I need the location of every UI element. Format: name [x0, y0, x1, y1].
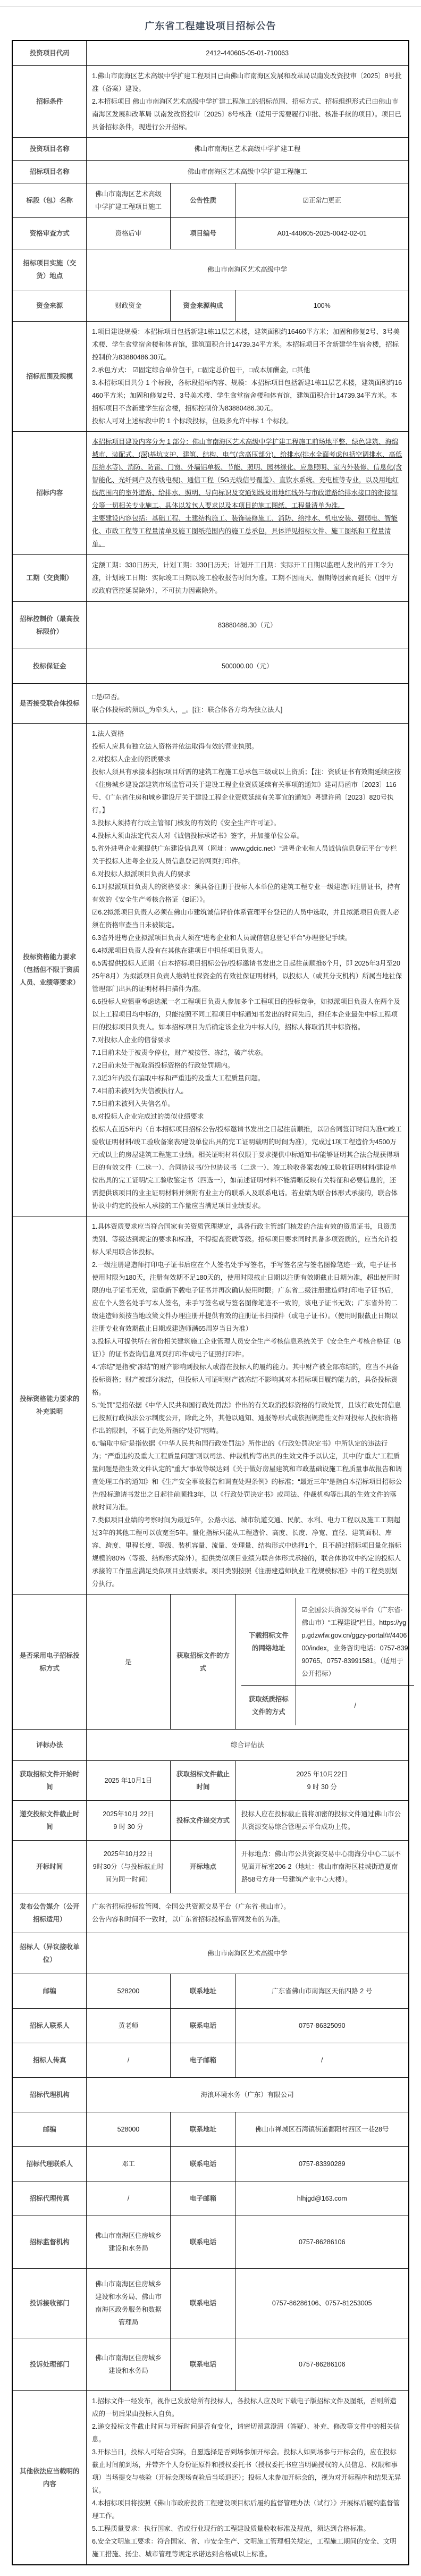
agency-phone-value: 0757-83390289 — [235, 2147, 408, 2181]
tenderer-contact-label: 招标人联系人 — [12, 2009, 86, 2043]
tender-project-name-label: 招标项目名称 — [12, 161, 86, 183]
fund-composition-value: 100% — [235, 290, 408, 322]
table-row: 招标代理联系人 邓工 联系电话 0757-83390289 — [12, 2147, 408, 2181]
table-row: 下载招标文件的网络地址 ☑全国公共资源交易平台（广东省·佛山市）“工程建设”栏目… — [241, 1598, 414, 1686]
qualification-review-value: 资格后审 — [86, 218, 170, 249]
table-row: 邮编 528000 联系地址 佛山市禅城区石湾镇街道鄱阳村西区一巷28号 — [12, 2112, 408, 2147]
agency-email-label: 电子邮箱 — [170, 2181, 235, 2216]
submission-deadline-label: 递交投标文件截止时间 — [12, 1801, 86, 1841]
section-name-label: 标段（包）名称 — [12, 183, 86, 218]
control-price-label: 招标控制价（最高投标限价） — [12, 602, 86, 649]
table-row: 投资项目代码 2412-440605-05-01-710063 — [12, 40, 408, 66]
documents-start-time-value: 2025 年10月1日 — [86, 1761, 170, 1801]
table-row: 招标范围及规模 1.项目建设规模：本招标项目包括新建1栋11层艺术楼，建筑面积约… — [12, 322, 408, 432]
tenderer-contact-value: 黄老师 — [86, 2009, 170, 2043]
submission-method-value: 投标人应在投标截止前将加密的投标文件通过佛山市公共资源交易综合管理云平台成功上传… — [235, 1801, 408, 1841]
complaint-handling-phone-label: 联系电话 — [170, 2338, 235, 2391]
electronic-bidding-value: 是 — [86, 1595, 170, 1730]
complaint-handling-phone-value: 0757-86286106 — [235, 2338, 408, 2391]
notice-nature-label: 公告性质 — [170, 183, 235, 218]
submission-deadline-value: 2025年10月 22日9 时 30 分 — [86, 1801, 170, 1841]
tenderer-zip-value: 528200 — [86, 1974, 170, 2009]
other-content-label: 其他依法应当载明的内容 — [12, 2391, 86, 2565]
table-row: 评标办法 综合评估法 — [12, 1730, 408, 1761]
table-row: 资金来源 财政资金 资金来源构成 100% — [12, 290, 408, 322]
obtain-documents-subtable: 下载招标文件的网络地址 ☑全国公共资源交易平台（广东省·佛山市）“工程建设”栏目… — [241, 1598, 414, 1725]
agency-email-value: hlhjgd@163.com — [235, 2181, 408, 2216]
table-row: 招标人联系人 黄老师 联系电话 0757-86325090 — [12, 2009, 408, 2043]
table-row: 投标资格能力要求的补充说明 1.具体资质要求应当符合国家有关资质管理规定，具备行… — [12, 1216, 408, 1595]
table-row: 其他依法应当载明的内容 1.招标文件一经发布，视作已发放给所有投标人，各投标人应… — [12, 2391, 408, 2565]
agency-fax-label: 招标代理传真 — [12, 2181, 86, 2216]
qualification-review-label: 资格审查方式 — [12, 218, 86, 249]
agency-value: 海浪环境水务（广东）有限公司 — [86, 2078, 408, 2112]
announcement-media-label: 发布公告媒介（公开招标适用） — [12, 1893, 86, 1933]
table-row: 获取招标文件开始时间 2025 年10月1日 获取招标文件截止时间 2025 年… — [12, 1761, 408, 1801]
documents-deadline-label: 获取招标文件截止时间 — [170, 1761, 235, 1801]
complaint-handling-value: 佛山市南海区住房城乡建设和水务局 — [86, 2338, 170, 2391]
agency-contact-label: 招标代理联系人 — [12, 2147, 86, 2181]
table-row: 是否接受联合体投标 □是/☑否。联合体投标的须以_为牵头人，_。[注：联合体各方… — [12, 684, 408, 724]
delivery-location-label: 招标项目实施（交货）地点 — [12, 249, 86, 290]
supervision-phone-label: 联系电话 — [170, 2216, 235, 2269]
scope-scale-value: 1.项目建设规模：本招标项目包括新建1栋11层艺术楼，建筑面积约16460平方米… — [86, 322, 408, 432]
supervision-agency-value: 佛山市南海区住房城乡建设和水务局 — [86, 2216, 170, 2269]
notice-nature-value: ☑正常/□更正 — [235, 183, 408, 218]
table-row: 招标人（异议接收单位） 佛山市南海区艺术高级中学 — [12, 1933, 408, 1974]
agency-phone-label: 联系电话 — [170, 2147, 235, 2181]
agency-address-label: 联系地址 — [170, 2112, 235, 2147]
complaint-receiving-phone-label: 联系电话 — [170, 2269, 235, 2338]
table-row: 资格审查方式 资格后审 项目编号 A01-440605-2025-0042-02… — [12, 218, 408, 249]
table-row: 投诉处理部门 佛山市南海区住房城乡建设和水务局 联系电话 0757-862861… — [12, 2338, 408, 2391]
project-number-value: A01-440605-2025-0042-02-01 — [235, 218, 408, 249]
tenderer-phone-value: 0757-86325090 — [235, 2009, 408, 2043]
documents-start-time-label: 获取招标文件开始时间 — [12, 1761, 86, 1801]
tenderer-label: 招标人（异议接收单位） — [12, 1933, 86, 1974]
table-row: 招标控制价（最高投标限价） 83880486.30（元） — [12, 602, 408, 649]
electronic-bidding-label: 是否采用电子招标投标方式 — [12, 1595, 86, 1730]
duration-value: 定额工期：330日历天，计划工期：330日历天；计划开工日期：实际开工日期以监理… — [86, 555, 408, 602]
table-row: 邮编 528200 联系地址 广东省佛山市南海区天佑四路 2 号 — [12, 1974, 408, 2009]
qualification-requirements-label: 投标资格能力要求（包括但不限于资质人员、业绩等要求） — [12, 724, 86, 1216]
table-row: 递交投标文件截止时间 2025年10月 22日9 时 30 分 投标文件递交方式… — [12, 1801, 408, 1841]
paper-documents-label: 获取纸质招标文件的方式 — [241, 1686, 296, 1726]
table-row: 工期（交货期） 定额工期：330日历天，计划工期：330日历天；计划开工日期：实… — [12, 555, 408, 602]
obtain-documents-cell: 下载招标文件的网络地址 ☑全国公共资源交易平台（广东省·佛山市）“工程建设”栏目… — [235, 1595, 408, 1730]
project-code-value: 2412-440605-05-01-710063 — [86, 40, 408, 66]
table-row: 获取纸质招标文件的方式 / — [241, 1686, 414, 1726]
tender-conditions-label: 招标条件 — [12, 66, 86, 138]
scope-scale-label: 招标范围及规模 — [12, 322, 86, 432]
supervision-phone-value: 0757-86286106 — [235, 2216, 408, 2269]
opening-place-value: 开标地点：佛山市公共资源交易中心南海分中心二层不见面开标室206-2（地址：佛山… — [235, 1841, 408, 1893]
table-row: 发布公告媒介（公开招标适用） 广东省招标投标监管网、全国公共资源交易平台（广东省… — [12, 1893, 408, 1933]
table-row: 招标代理传真 / 电子邮箱 hlhjgd@163.com — [12, 2181, 408, 2216]
evaluation-method-value: 综合评估法 — [86, 1730, 408, 1761]
fund-source-value: 财政资金 — [86, 290, 170, 322]
table-row: 投标保证金 500000.00（元） — [12, 649, 408, 684]
agency-fax-value: / — [86, 2181, 170, 2216]
tenderer-fax-value: / — [86, 2043, 170, 2078]
agency-contact-value: 邓工 — [86, 2147, 170, 2181]
announcement-media-value: 广东省招标投标监管网、全国公共资源交易平台（广东省·佛山市）。公告内容和时间不一… — [86, 1893, 408, 1933]
tender-content-label: 招标内容 — [12, 432, 86, 555]
table-row: 标段（包）名称 佛山市南海区艺术高级中学扩建工程项目施工 公告性质 ☑正常/□更… — [12, 183, 408, 218]
download-url-label: 下载招标文件的网络地址 — [241, 1598, 296, 1686]
tender-project-name-value: 佛山市南海区艺术高级中学扩建工程施工 — [86, 161, 408, 183]
supervision-agency-label: 招标监督机构 — [12, 2216, 86, 2269]
tenderer-address-value: 广东省佛山市南海区天佑四路 2 号 — [235, 1974, 408, 2009]
delivery-location-value: 佛山市南海区艺术高级中学 — [86, 249, 408, 290]
investment-project-name-value: 佛山市南海区艺术高级中学扩建工程 — [86, 138, 408, 161]
bid-bond-label: 投标保证金 — [12, 649, 86, 684]
opening-place-label: 开标地点 — [170, 1841, 235, 1893]
paper-documents-value: / — [296, 1686, 414, 1726]
qualification-notes-value: 1.具体资质要求应当符合国家有关资质管理规定，具备行政主管部门核发的合法有效的资… — [86, 1216, 408, 1595]
tenderer-address-label: 联系地址 — [170, 1974, 235, 2009]
fund-composition-label: 资金来源构成 — [170, 290, 235, 322]
page-top-divider — [0, 0, 421, 7]
tenderer-value: 佛山市南海区艺术高级中学 — [86, 1933, 408, 1974]
tenderer-phone-label: 联系电话 — [170, 2009, 235, 2043]
table-row: 招标项目名称 佛山市南海区艺术高级中学扩建工程施工 — [12, 161, 408, 183]
complaint-receiving-label: 投诉接收部门 — [12, 2269, 86, 2338]
table-row: 招标人传真 / 电子邮箱 / — [12, 2043, 408, 2078]
table-row: 投诉接收部门 佛山市南海区住房城乡建设和水务局、佛山市南海区政务服务和数据管理局… — [12, 2269, 408, 2338]
complaint-handling-label: 投诉处理部门 — [12, 2338, 86, 2391]
tenderer-email-value: / — [235, 2043, 408, 2078]
download-url-value: ☑全国公共资源交易平台（广东省·佛山市）“工程建设”栏目。https://ygp… — [296, 1598, 414, 1686]
table-row: 投标资格能力要求（包括但不限于资质人员、业绩等要求） 1.法人资格投标人应具有独… — [12, 724, 408, 1216]
evaluation-method-label: 评标办法 — [12, 1730, 86, 1761]
table-row: 是否采用电子招标投标方式 是 获取招标文件的方式 下载招标文件的网络地址 ☑全国… — [12, 1595, 408, 1730]
tenderer-fax-label: 招标人传真 — [12, 2043, 86, 2078]
opening-time-label: 开标时间 — [12, 1841, 86, 1893]
tender-conditions-value: 1.佛山市南海区艺术高级中学扩建工程项目已由佛山市南海区发展和改革局以南发改资投… — [86, 66, 408, 138]
section-name-value: 佛山市南海区艺术高级中学扩建工程项目施工 — [86, 183, 170, 218]
control-price-value: 83880486.30（元） — [86, 602, 408, 649]
tender-announcement-table: 投资项目代码 2412-440605-05-01-710063 招标条件 1.佛… — [12, 40, 409, 2565]
investment-project-name-label: 投资项目名称 — [12, 138, 86, 161]
table-row: 招标代理机构 海浪环境水务（广东）有限公司 — [12, 2078, 408, 2112]
table-row: 投资项目名称 佛山市南海区艺术高级中学扩建工程 — [12, 138, 408, 161]
agency-address-value: 佛山市禅城区石湾镇街道鄱阳村西区一巷28号 — [235, 2112, 408, 2147]
agency-label: 招标代理机构 — [12, 2078, 86, 2112]
tenderer-email-label: 电子邮箱 — [170, 2043, 235, 2078]
project-code-label: 投资项目代码 — [12, 40, 86, 66]
agency-zip-value: 528000 — [86, 2112, 170, 2147]
opening-time-value: 2025年10月22日9时30分（与投标截止时间为同一时间） — [86, 1841, 170, 1893]
tenderer-zip-label: 邮编 — [12, 1974, 86, 2009]
page-title: 广东省工程建设项目招标公告 — [0, 19, 421, 32]
duration-label: 工期（交货期） — [12, 555, 86, 602]
other-content-value: 1.招标文件一经发布，视作已发放给所有投标人，各投标人应及时下载电子版招标文件及… — [86, 2391, 408, 2565]
qualification-notes-label: 投标资格能力要求的补充说明 — [12, 1216, 86, 1595]
consortium-label: 是否接受联合体投标 — [12, 684, 86, 724]
consortium-value: □是/☑否。联合体投标的须以_为牵头人，_。[注：联合体各方均为独立法人] — [86, 684, 408, 724]
fund-source-label: 资金来源 — [12, 290, 86, 322]
bid-bond-value: 500000.00（元） — [86, 649, 408, 684]
qualification-requirements-value: 1.法人资格投标人应具有独立法人资格并依法取得有效的营业执照。2.对投标人企业的… — [86, 724, 408, 1216]
complaint-receiving-phone-value: 0757-86286106、0757-81253005 — [235, 2269, 408, 2338]
complaint-receiving-value: 佛山市南海区住房城乡建设和水务局、佛山市南海区政务服务和数据管理局 — [86, 2269, 170, 2338]
table-row: 招标项目实施（交货）地点 佛山市南海区艺术高级中学 — [12, 249, 408, 290]
table-row: 招标条件 1.佛山市南海区艺术高级中学扩建工程项目已由佛山市南海区发展和改革局以… — [12, 66, 408, 138]
table-row: 开标时间 2025年10月22日9时30分（与投标截止时间为同一时间） 开标地点… — [12, 1841, 408, 1893]
submission-method-label: 投标文件递交方式 — [170, 1801, 235, 1841]
table-row: 招标监督机构 佛山市南海区住房城乡建设和水务局 联系电话 0757-862861… — [12, 2216, 408, 2269]
obtain-documents-method-label: 获取招标文件的方式 — [170, 1595, 235, 1730]
project-number-label: 项目编号 — [170, 218, 235, 249]
documents-deadline-value: 2025 年10月22日9 时 30 分 — [235, 1761, 408, 1801]
table-row: 招标内容 本招标项目建设内容分为 1 部分：佛山市南海区艺术高级中学扩建工程施工… — [12, 432, 408, 555]
tender-content-value: 本招标项目建设内容分为 1 部分：佛山市南海区艺术高级中学扩建工程施工前场地平整… — [86, 432, 408, 555]
agency-zip-label: 邮编 — [12, 2112, 86, 2147]
